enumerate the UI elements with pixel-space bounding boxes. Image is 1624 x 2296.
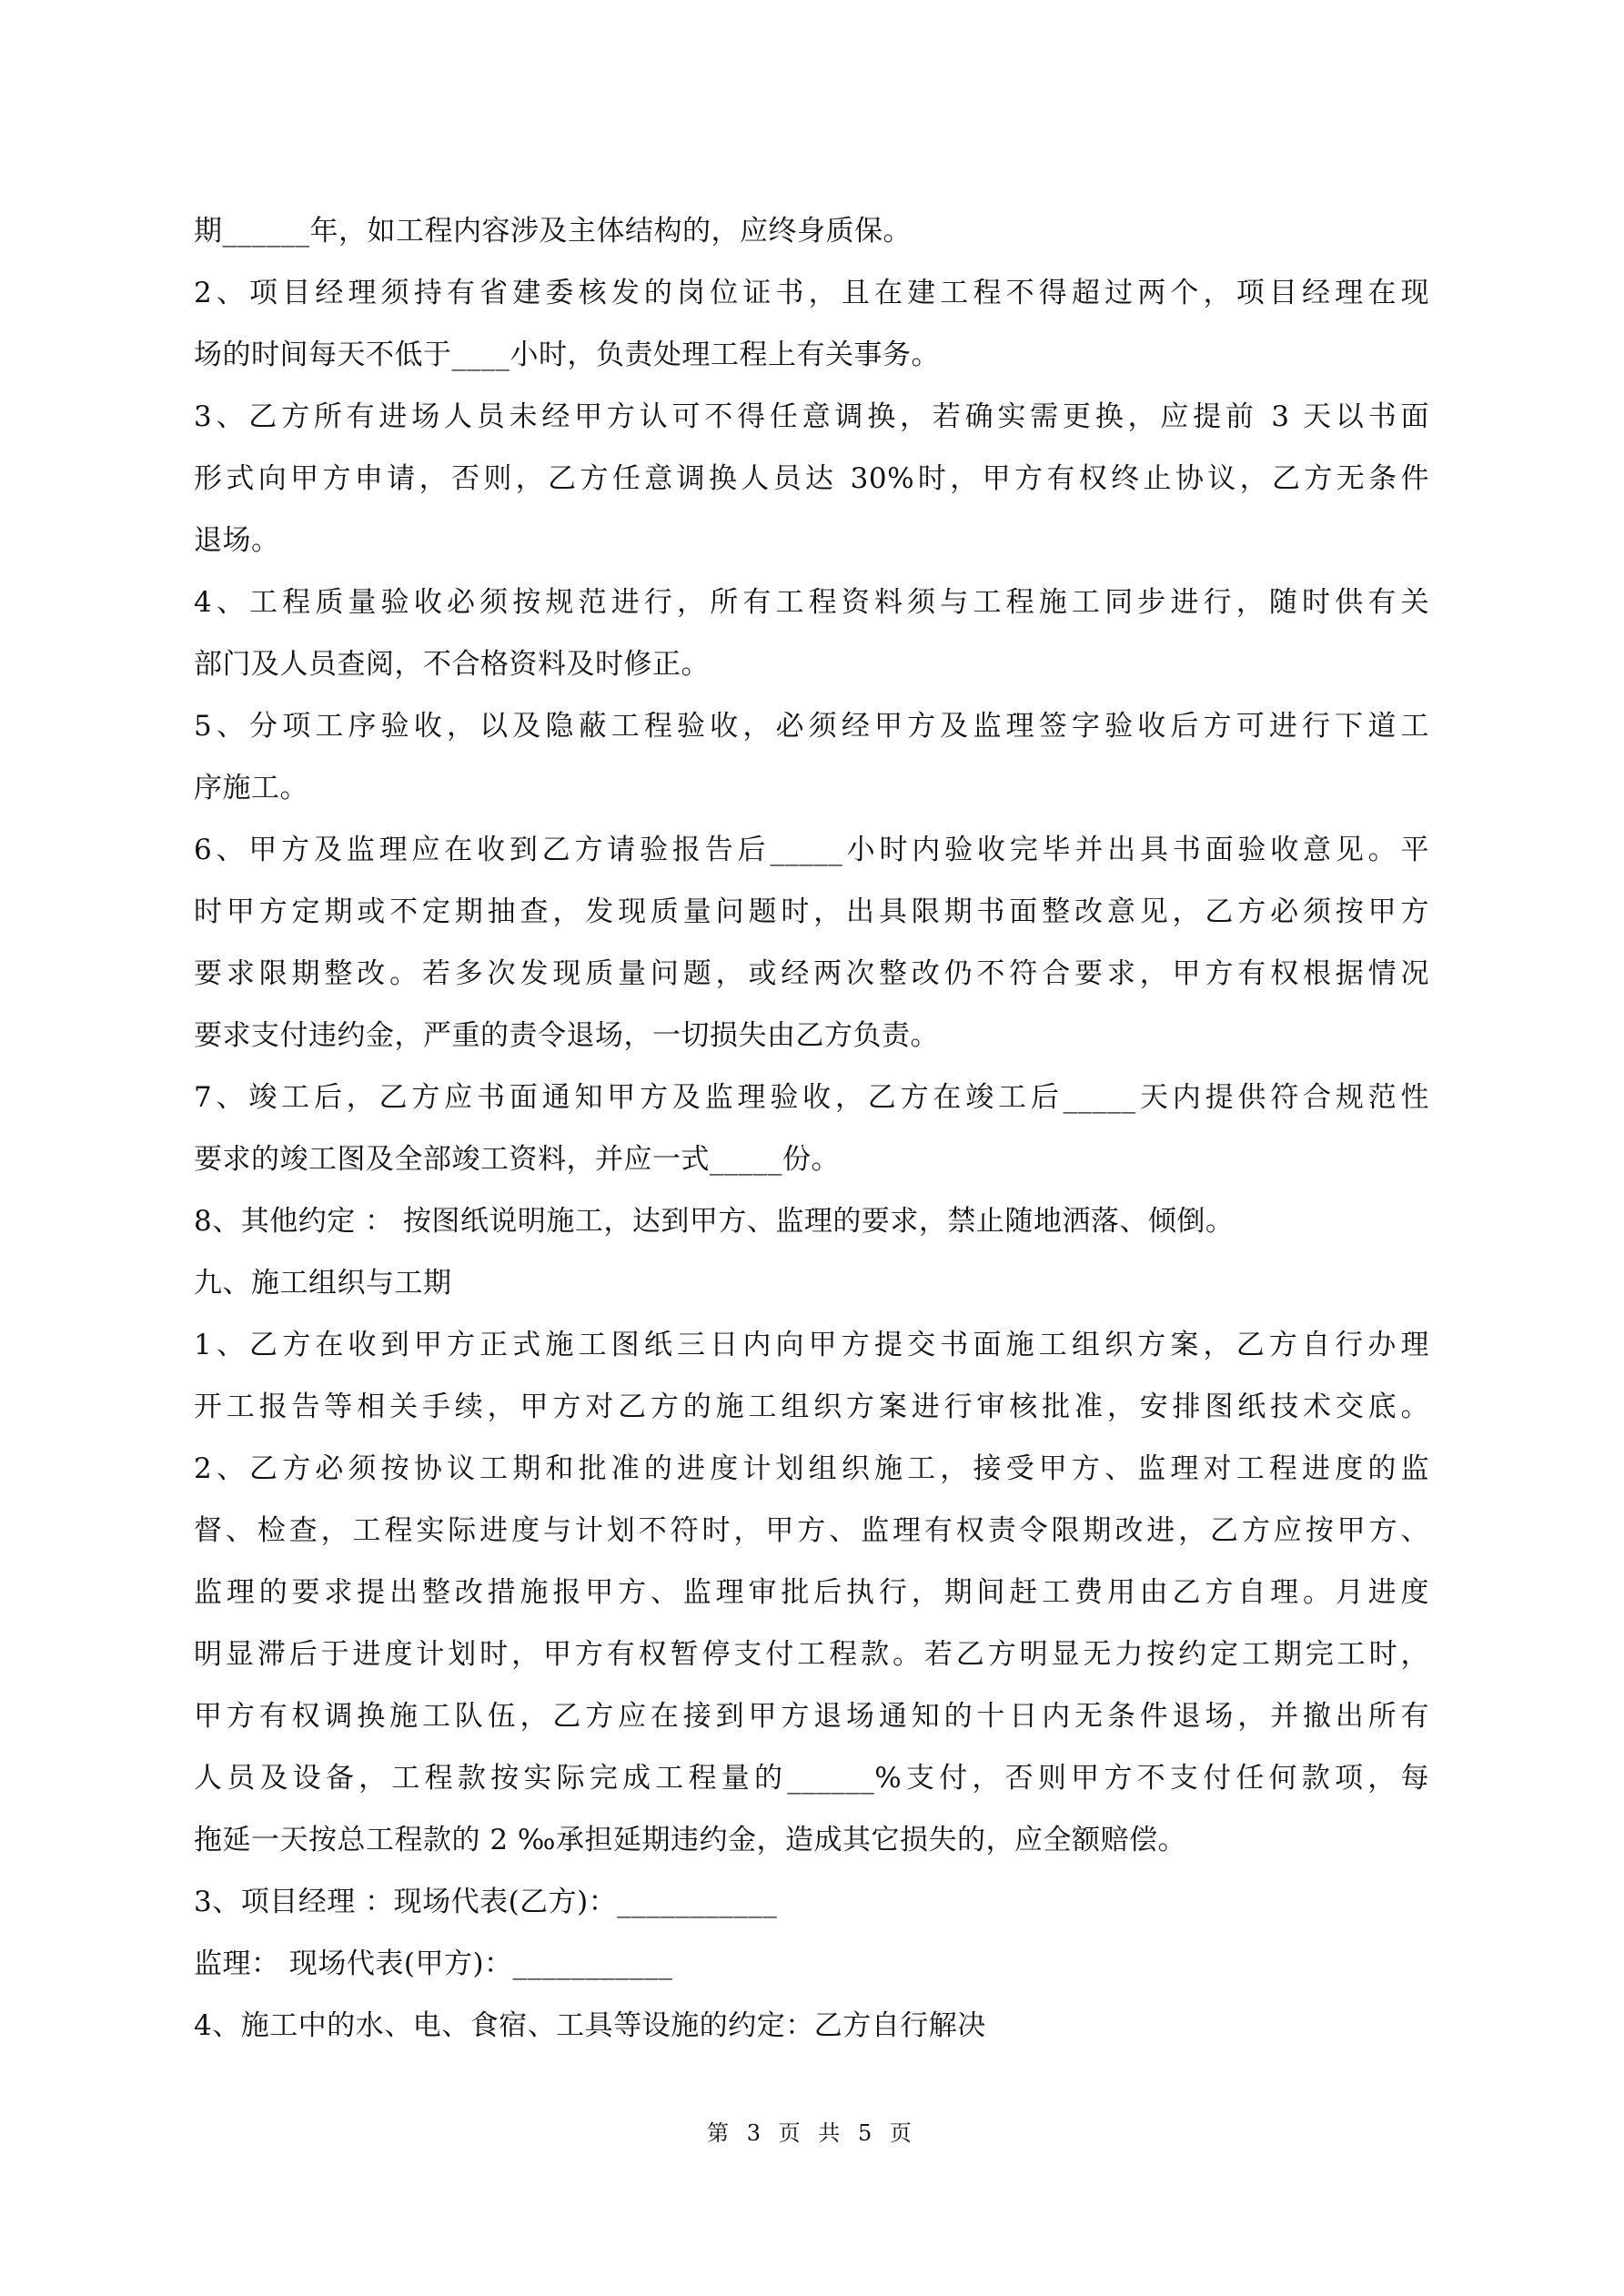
document-line: 2、乙方必须按协议工期和批准的进度计划组织施工，接受甲方、监理对工程进度的监	[194, 1438, 1429, 1500]
document-line: 8、其他约定 ： 按图纸说明施工，达到甲方、监理的要求，禁止随地洒落、倾倒。	[194, 1190, 1429, 1252]
document-line: 明显滞后于进度计划时，甲方有权暂停支付工程款。若乙方明显无力按约定工期完工时，	[194, 1623, 1429, 1685]
document-line: 5、分项工序验收，以及隐蔽工程验收，必须经甲方及监理签字验收后方可进行下道工	[194, 695, 1429, 757]
document-line: 7、竣工后，乙方应书面通知甲方及监理验收，乙方在竣工后_____天内提供符合规范…	[194, 1067, 1429, 1128]
document-line: 序施工。	[194, 757, 1429, 819]
document-line: 3、乙方所有进场人员未经甲方认可不得任意调换，若确实需更换，应提前 3 天以书面	[194, 386, 1429, 448]
document-line: 拖延一天按总工程款的 2 ‰承担延期违约金，造成其它损失的，应全额赔偿。	[194, 1809, 1429, 1871]
document-line: 要求限期整改。若多次发现质量问题，或经两次整改仍不符合要求，甲方有权根据情况	[194, 943, 1429, 1005]
page-footer: 第 3 页 共 5 页	[0, 2115, 1624, 2147]
document-line: 退场。	[194, 510, 1429, 571]
document-line: 6、甲方及监理应在收到乙方请验报告后_____小时内验收完毕并出具书面验收意见。…	[194, 819, 1429, 881]
document-line: 1、乙方在收到甲方正式施工图纸三日内向甲方提交书面施工组织方案，乙方自行办理	[194, 1314, 1429, 1376]
document-line: 期______年，如工程内容涉及主体结构的，应终身质保。	[194, 200, 1429, 262]
document-line: 4、施工中的水、电、食宿、工具等设施的约定：乙方自行解决	[194, 1995, 1429, 2057]
document-line: 监理： 现场代表(甲方)：___________	[194, 1933, 1429, 1995]
document-line: 3、项目经理 ：现场代表(乙方)：___________	[194, 1871, 1429, 1933]
document-line: 场的时间每天不低于____小时，负责处理工程上有关事务。	[194, 324, 1429, 386]
document-line: 人员及设备，工程款按实际完成工程量的______%支付，否则甲方不支付任何款项，…	[194, 1747, 1429, 1809]
document-line: 部门及人员查阅，不合格资料及时修正。	[194, 633, 1429, 695]
document-line: 要求的竣工图及全部竣工资料，并应一式_____份。	[194, 1128, 1429, 1190]
document-line: 4、工程质量验收必须按规范进行，所有工程资料须与工程施工同步进行，随时供有关	[194, 571, 1429, 633]
document-page: 期______年，如工程内容涉及主体结构的，应终身质保。2、项目经理须持有省建委…	[0, 0, 1624, 2296]
document-line: 2、项目经理须持有省建委核发的岗位证书，且在建工程不得超过两个，项目经理在现	[194, 262, 1429, 324]
document-line: 形式向甲方申请，否则，乙方任意调换人员达 30%时，甲方有权终止协议，乙方无条件	[194, 448, 1429, 510]
document-line: 时甲方定期或不定期抽查，发现质量问题时，出具限期书面整改意见，乙方必须按甲方	[194, 881, 1429, 943]
document-line: 九、施工组织与工期	[194, 1252, 1429, 1314]
document-line: 督、检查，工程实际进度与计划不符时，甲方、监理有权责令限期改进，乙方应按甲方、	[194, 1500, 1429, 1562]
document-line: 甲方有权调换施工队伍，乙方应在接到甲方退场通知的十日内无条件退场，并撤出所有	[194, 1685, 1429, 1747]
document-body: 期______年，如工程内容涉及主体结构的，应终身质保。2、项目经理须持有省建委…	[194, 200, 1429, 2057]
document-line: 要求支付违约金，严重的责令退场，一切损失由乙方负责。	[194, 1005, 1429, 1067]
document-line: 开工报告等相关手续，甲方对乙方的施工组织方案进行审核批准，安排图纸技术交底。	[194, 1376, 1429, 1438]
document-line: 监理的要求提出整改措施报甲方、监理审批后执行，期间赶工费用由乙方自理。月进度	[194, 1562, 1429, 1623]
